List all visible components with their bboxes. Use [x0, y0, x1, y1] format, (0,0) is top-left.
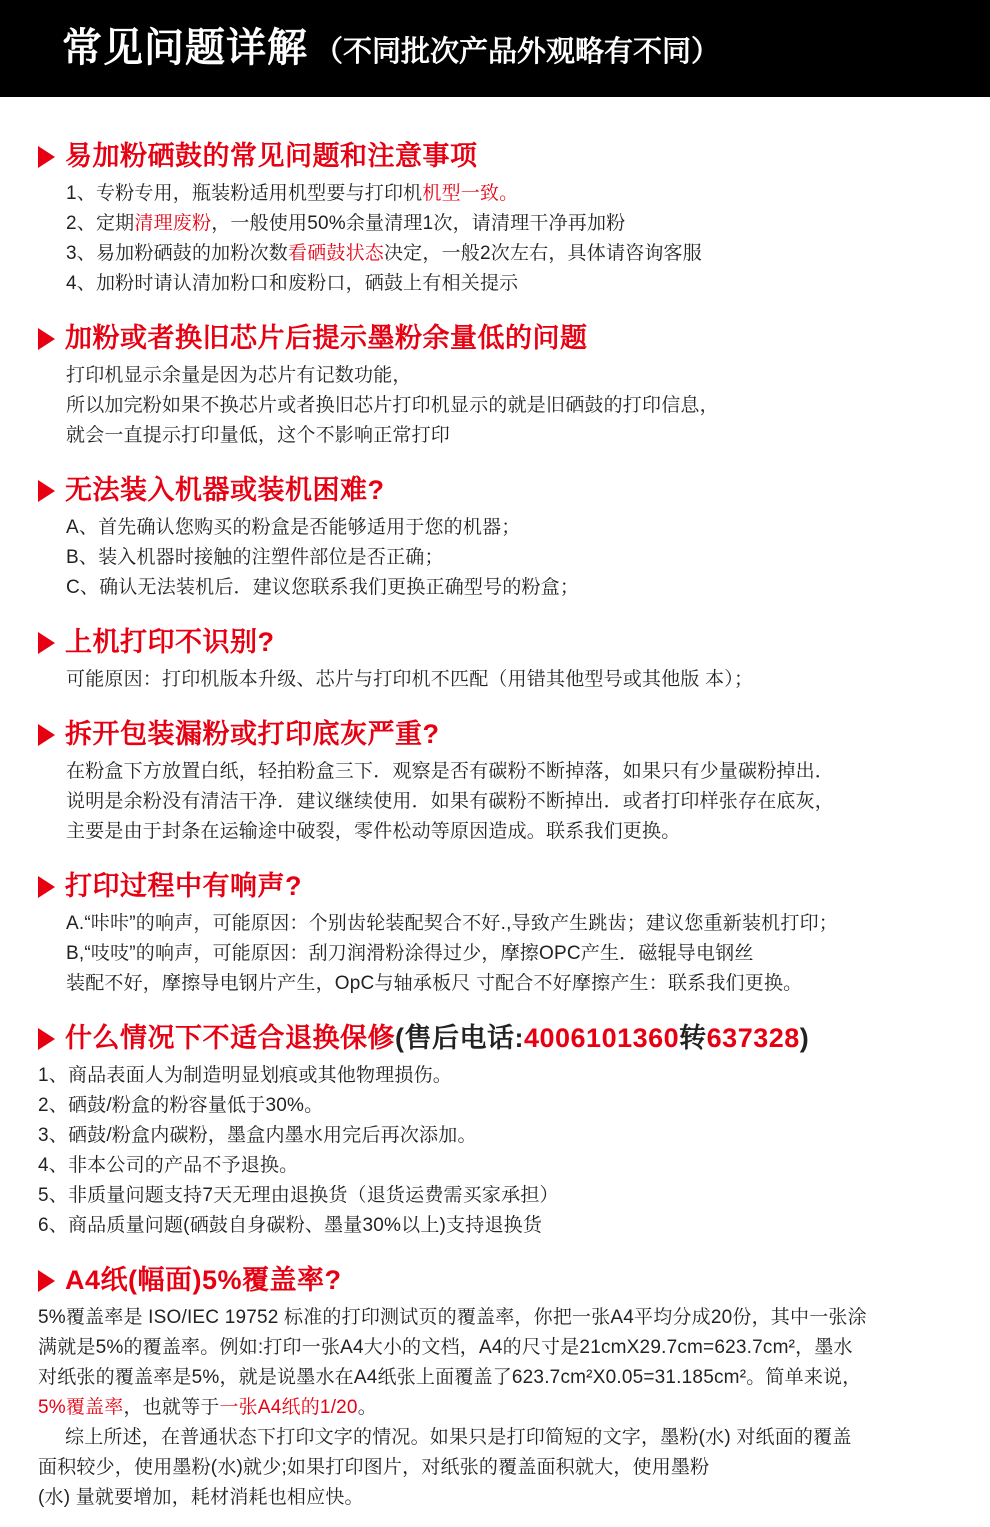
section-body: 可能原因：打印机版本升级、芯片与打印机不匹配（用错其他型号或其他版 本）； — [38, 665, 960, 695]
body-line: 6、商品质量问题(硒鼓自身碳粉、墨量30%以上)支持退换货 — [38, 1211, 960, 1241]
text-segment: B、装入机器时接触的注塑件部位是否正确； — [66, 547, 444, 568]
body-line: C、确认无法装机后．建议您联系我们更换正确型号的粉盒； — [66, 573, 960, 603]
section-body: A、首先确认您购买的粉盒是否能够适用于您的机器；B、装入机器时接触的注塑件部位是… — [38, 513, 960, 603]
body-line: 说明是余粉没有清洁干净．建议继续使用．如果有碳粉不断掉出．或者打印样张存在底灰， — [66, 787, 960, 817]
text-segment: ) — [800, 1023, 810, 1053]
section-body: 在粉盒下方放置白纸，轻拍粉盒三下．观察是否有碳粉不断掉落，如果只有少量碳粉掉出．… — [38, 757, 960, 847]
text-segment: 1、商品表面人为制造明显划痕或其他物理损伤。 — [38, 1065, 452, 1086]
text-segment: 满就是5%的覆盖率。例如:打印一张A4大小的文档，A4的尺寸是21cmX29.7… — [38, 1337, 853, 1358]
text-segment: 所以加完粉如果不换芯片或者换旧芯片打印机显示的就是旧硒鼓的打印信息， — [66, 395, 719, 416]
triangle-bullet-icon — [38, 1028, 55, 1050]
faq-section-toner-leak-gray-background: 拆开包装漏粉或打印底灰严重?在粉盒下方放置白纸，轻拍粉盒三下．观察是否有碳粉不断… — [38, 716, 960, 847]
triangle-bullet-icon — [38, 480, 55, 502]
triangle-bullet-icon — [38, 724, 55, 746]
text-segment: 主要是由于封条在运输途中破裂，零件松动等原因造成。联系我们更换。 — [66, 821, 680, 842]
section-heading-row: 上机打印不识别? — [38, 624, 960, 660]
text-segment: 综上所述，在普通状态下打印文字的情况。如果只是打印简短的文字，墨粉(水) 对纸面… — [65, 1427, 852, 1448]
section-body: 5%覆盖率是 ISO/IEC 19752 标准的打印测试页的覆盖率，你把一张A4… — [38, 1303, 960, 1513]
text-segment: 4、非本公司的产品不予退换。 — [38, 1155, 298, 1176]
text-segment: 1、专粉专用，瓶装粉适用机型要与打印机 — [66, 183, 422, 204]
page-header: 常见问题详解 （不同批次产品外观略有不同） — [0, 0, 990, 97]
body-line: 面积较少，使用墨粉(水)就少;如果打印图片，对纸张的覆盖面积就大，使用墨粉 — [38, 1453, 960, 1483]
text-segment: 上机打印不识别? — [65, 627, 275, 657]
section-heading-row: 无法装入机器或装机困难? — [38, 472, 960, 508]
section-heading: A4纸(幅面)5%覆盖率? — [65, 1262, 342, 1298]
section-heading: 上机打印不识别? — [65, 624, 275, 660]
faq-section-printing-noise: 打印过程中有响声?A.“咔咔”的响声，可能原因：个别齿轮装配契合不好.,导致产生… — [38, 868, 960, 999]
faq-page: 常见问题详解 （不同批次产品外观略有不同） 易加粉硒鼓的常见问题和注意事项1、专… — [0, 0, 990, 1527]
body-line: 就会一直提示打印量低，这个不影响正常打印 — [66, 421, 960, 451]
text-segment: 装配不好，摩擦导电钢片产生，OpC与轴承板尺 寸配合不好摩擦产生：联系我们更换。 — [66, 973, 802, 994]
body-line: 综上所述，在普通状态下打印文字的情况。如果只是打印简短的文字，墨粉(水) 对纸面… — [38, 1423, 960, 1453]
body-line: B,“吱吱”的响声，可能原因：刮刀润滑粉涂得过少，摩擦OPC产生．磁辊导电钢丝 — [66, 939, 960, 969]
section-heading: 加粉或者换旧芯片后提示墨粉余量低的问题 — [65, 320, 588, 356]
text-segment: 6、商品质量问题(硒鼓自身碳粉、墨量30%以上)支持退换货 — [38, 1215, 542, 1236]
text-segment: 清理废粉 — [134, 213, 211, 234]
text-segment: A4纸(幅面)5%覆盖率? — [65, 1265, 342, 1295]
text-segment: 决定，一般2次左右，具体请咨询客服 — [384, 243, 702, 264]
text-segment: 5、非质量问题支持7天无理由退换货（退货运费需买家承担） — [38, 1185, 559, 1206]
text-segment: 转 — [679, 1023, 707, 1053]
text-segment: 说明是余粉没有清洁干净．建议继续使用．如果有碳粉不断掉出．或者打印样张存在底灰， — [66, 791, 834, 812]
body-line: 4、非本公司的产品不予退换。 — [38, 1151, 960, 1181]
faq-section-low-toner-prompt: 加粉或者换旧芯片后提示墨粉余量低的问题打印机显示余量是因为芯片有记数功能，所以加… — [38, 320, 960, 451]
section-body: 打印机显示余量是因为芯片有记数功能，所以加完粉如果不换芯片或者换旧芯片打印机显示… — [38, 361, 960, 451]
faq-section-install-difficulty: 无法装入机器或装机困难?A、首先确认您购买的粉盒是否能够适用于您的机器；B、装入… — [38, 472, 960, 603]
text-segment: (售后电话: — [395, 1023, 524, 1053]
text-segment: A、首先确认您购买的粉盒是否能够适用于您的机器； — [66, 517, 520, 538]
section-heading: 什么情况下不适合退换保修(售后电话:4006101360转637328) — [65, 1020, 809, 1056]
text-segment: 可能原因：打印机版本升级、芯片与打印机不匹配（用错其他型号或其他版 本）； — [66, 669, 753, 690]
section-heading-row: 易加粉硒鼓的常见问题和注意事项 — [38, 138, 960, 174]
text-segment: 。 — [358, 1397, 377, 1418]
body-line: 1、商品表面人为制造明显划痕或其他物理损伤。 — [38, 1061, 960, 1091]
faq-content: 易加粉硒鼓的常见问题和注意事项1、专粉专用，瓶装粉适用机型要与打印机机型一致。2… — [0, 97, 990, 1513]
text-segment: 3、硒鼓/粉盒内碳粉，墨盒内墨水用完后再次添加。 — [38, 1125, 477, 1146]
section-heading: 打印过程中有响声? — [65, 868, 302, 904]
text-segment: 2、硒鼓/粉盒的粉容量低于30%。 — [38, 1095, 323, 1116]
text-segment: 什么情况下不适合退换保修 — [65, 1023, 395, 1053]
text-segment: 就会一直提示打印量低，这个不影响正常打印 — [66, 425, 450, 446]
text-segment: 2、定期 — [66, 213, 134, 234]
body-line: A、首先确认您购买的粉盒是否能够适用于您的机器； — [66, 513, 960, 543]
text-segment: 拆开包装漏粉或打印底灰严重? — [65, 719, 440, 749]
text-segment: ，也就等于 — [123, 1397, 219, 1418]
text-segment: 加粉或者换旧芯片后提示墨粉余量低的问题 — [65, 323, 588, 353]
section-heading-row: 什么情况下不适合退换保修(售后电话:4006101360转637328) — [38, 1020, 960, 1056]
body-line: 3、硒鼓/粉盒内碳粉，墨盒内墨水用完后再次添加。 — [38, 1121, 960, 1151]
section-heading-row: 拆开包装漏粉或打印底灰严重? — [38, 716, 960, 752]
section-heading: 无法装入机器或装机困难? — [65, 472, 385, 508]
text-segment: 3、易加粉硒鼓的加粉次数 — [66, 243, 288, 264]
text-segment: 在粉盒下方放置白纸，轻拍粉盒三下．观察是否有碳粉不断掉落，如果只有少量碳粉掉出． — [66, 761, 834, 782]
text-segment: ，一般使用50%余量清理1次，请清理干净再加粉 — [211, 213, 625, 234]
body-line: 5、非质量问题支持7天无理由退换货（退货运费需买家承担） — [38, 1181, 960, 1211]
triangle-bullet-icon — [38, 1270, 55, 1292]
body-line: 4、加粉时请认清加粉口和废粉口，硒鼓上有相关提示 — [66, 269, 960, 299]
text-segment: 4006101360 — [524, 1023, 679, 1053]
body-line: 2、硒鼓/粉盒的粉容量低于30%。 — [38, 1091, 960, 1121]
body-line: 满就是5%的覆盖率。例如:打印一张A4大小的文档，A4的尺寸是21cmX29.7… — [38, 1333, 960, 1363]
page-title: 常见问题详解 — [62, 24, 308, 72]
text-segment: 637328 — [707, 1023, 800, 1053]
page-subtitle: （不同批次产品外观略有不同） — [314, 35, 720, 70]
faq-section-not-recognized: 上机打印不识别?可能原因：打印机版本升级、芯片与打印机不匹配（用错其他型号或其他… — [38, 624, 960, 695]
body-line: 装配不好，摩擦导电钢片产生，OpC与轴承板尺 寸配合不好摩擦产生：联系我们更换。 — [66, 969, 960, 999]
body-line: 3、易加粉硒鼓的加粉次数看硒鼓状态决定，一般2次左右，具体请咨询客服 — [66, 239, 960, 269]
body-line: 5%覆盖率，也就等于一张A4纸的1/20。 — [38, 1393, 960, 1423]
text-segment: 无法装入机器或装机困难? — [65, 475, 385, 505]
section-heading-row: 加粉或者换旧芯片后提示墨粉余量低的问题 — [38, 320, 960, 356]
text-segment: (水) 量就要增加，耗材消耗也相应快。 — [38, 1487, 364, 1508]
section-heading: 易加粉硒鼓的常见问题和注意事项 — [65, 138, 478, 174]
body-line: B、装入机器时接触的注塑件部位是否正确； — [66, 543, 960, 573]
body-line: 1、专粉专用，瓶装粉适用机型要与打印机机型一致。 — [66, 179, 960, 209]
text-segment: 4、加粉时请认清加粉口和废粉口，硒鼓上有相关提示 — [66, 273, 518, 294]
text-segment: 对纸张的覆盖率是5%，就是说墨水在A4纸张上面覆盖了623.7cm²X0.05=… — [38, 1367, 861, 1388]
body-line: 2、定期清理废粉，一般使用50%余量清理1次，请清理干净再加粉 — [66, 209, 960, 239]
text-segment: B,“吱吱”的响声，可能原因：刮刀润滑粉涂得过少，摩擦OPC产生．磁辊导电钢丝 — [66, 943, 754, 964]
body-line: 打印机显示余量是因为芯片有记数功能， — [66, 361, 960, 391]
section-body: 1、商品表面人为制造明显划痕或其他物理损伤。2、硒鼓/粉盒的粉容量低于30%。3… — [38, 1061, 960, 1241]
text-segment: C、确认无法装机后．建议您联系我们更换正确型号的粉盒； — [66, 577, 579, 598]
section-heading: 拆开包装漏粉或打印底灰严重? — [65, 716, 440, 752]
body-line: 5%覆盖率是 ISO/IEC 19752 标准的打印测试页的覆盖率，你把一张A4… — [38, 1303, 960, 1333]
text-segment: 打印过程中有响声? — [65, 871, 302, 901]
faq-section-refill-toner-notes: 易加粉硒鼓的常见问题和注意事项1、专粉专用，瓶装粉适用机型要与打印机机型一致。2… — [38, 138, 960, 299]
text-segment: 打印机显示余量是因为芯片有记数功能， — [66, 365, 412, 386]
text-segment: 机型一致。 — [422, 183, 518, 204]
section-heading-row: 打印过程中有响声? — [38, 868, 960, 904]
section-heading-row: A4纸(幅面)5%覆盖率? — [38, 1262, 960, 1298]
triangle-bullet-icon — [38, 328, 55, 350]
body-line: 可能原因：打印机版本升级、芯片与打印机不匹配（用错其他型号或其他版 本）； — [66, 665, 960, 695]
body-line: 所以加完粉如果不换芯片或者换旧芯片打印机显示的就是旧硒鼓的打印信息， — [66, 391, 960, 421]
body-line: (水) 量就要增加，耗材消耗也相应快。 — [38, 1483, 960, 1513]
text-segment: 一张A4纸的1/20 — [219, 1397, 357, 1418]
body-line: 对纸张的覆盖率是5%，就是说墨水在A4纸张上面覆盖了623.7cm²X0.05=… — [38, 1363, 960, 1393]
section-body: A.“咔咔”的响声，可能原因：个别齿轮装配契合不好.,导致产生跳齿；建议您重新装… — [38, 909, 960, 999]
text-segment: 5%覆盖率 — [38, 1397, 123, 1418]
triangle-bullet-icon — [38, 876, 55, 898]
text-segment: 5%覆盖率是 ISO/IEC 19752 标准的打印测试页的覆盖率，你把一张A4… — [38, 1307, 867, 1328]
text-segment: 面积较少，使用墨粉(水)就少;如果打印图片，对纸张的覆盖面积就大，使用墨粉 — [38, 1457, 709, 1478]
triangle-bullet-icon — [38, 146, 55, 168]
text-segment: 看硒鼓状态 — [288, 243, 384, 264]
body-line: 在粉盒下方放置白纸，轻拍粉盒三下．观察是否有碳粉不断掉落，如果只有少量碳粉掉出． — [66, 757, 960, 787]
text-segment: 易加粉硒鼓的常见问题和注意事项 — [65, 141, 478, 171]
text-segment: A.“咔咔”的响声，可能原因：个别齿轮装配契合不好.,导致产生跳齿；建议您重新装… — [66, 913, 838, 934]
body-line: A.“咔咔”的响声，可能原因：个别齿轮装配契合不好.,导致产生跳齿；建议您重新装… — [66, 909, 960, 939]
section-body: 1、专粉专用，瓶装粉适用机型要与打印机机型一致。2、定期清理废粉，一般使用50%… — [38, 179, 960, 299]
body-line: 主要是由于封条在运输途中破裂，零件松动等原因造成。联系我们更换。 — [66, 817, 960, 847]
faq-section-warranty-exclusions: 什么情况下不适合退换保修(售后电话:4006101360转637328)1、商品… — [38, 1020, 960, 1241]
triangle-bullet-icon — [38, 632, 55, 654]
faq-section-a4-coverage: A4纸(幅面)5%覆盖率?5%覆盖率是 ISO/IEC 19752 标准的打印测… — [38, 1262, 960, 1513]
